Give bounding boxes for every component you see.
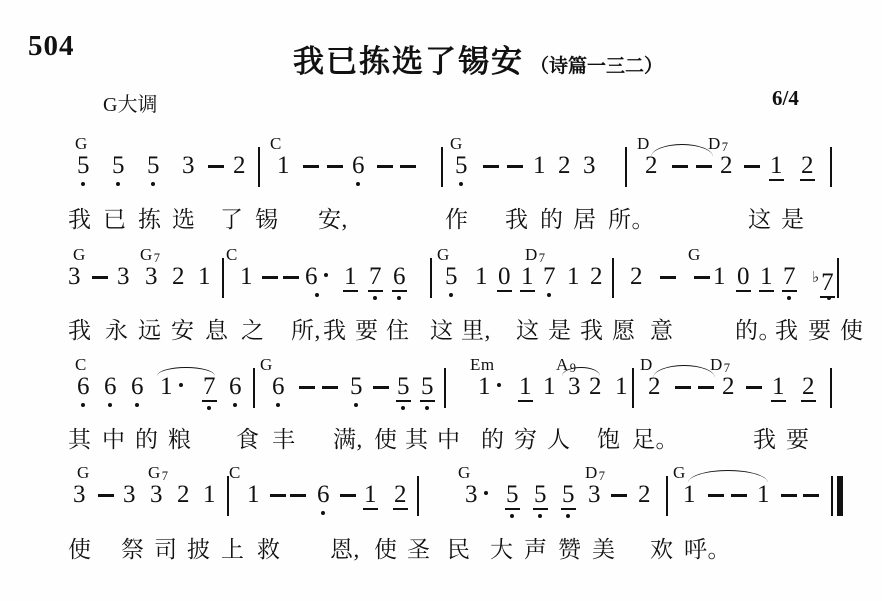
note-token: 2	[558, 153, 571, 179]
lyric-syllable: 恩,	[330, 531, 360, 564]
duration-dash	[373, 386, 389, 389]
duration-dash	[675, 386, 691, 389]
duration-dash	[696, 165, 712, 168]
note-token: 1	[771, 374, 786, 400]
chord-label: Em	[470, 355, 495, 375]
note-token: 1	[240, 264, 253, 290]
note-token: 2	[233, 153, 246, 179]
note-token: 3	[588, 482, 601, 508]
duration-dash	[672, 165, 688, 168]
lyric-syllable: 使	[374, 531, 398, 564]
note-token: 2	[590, 264, 603, 290]
note-token: 5	[420, 374, 435, 400]
note-token: 1	[277, 153, 290, 179]
note-token: 2	[800, 153, 815, 179]
duration-dash	[303, 165, 319, 168]
chord-label: D	[640, 355, 653, 375]
barline	[441, 147, 443, 187]
lyric-syllable: 要	[786, 421, 810, 454]
chord-label: G	[77, 463, 90, 483]
barline	[625, 147, 627, 187]
chord-label: G7	[148, 463, 168, 483]
lyric-syllable: 我	[580, 312, 604, 345]
lyric-syllable: 拣	[138, 201, 162, 234]
lyric-syllable: 使	[68, 531, 92, 564]
lyric-syllable: 息	[205, 312, 229, 345]
slur-arc	[688, 470, 768, 483]
barline	[612, 258, 614, 298]
barline	[632, 368, 634, 408]
lyric-syllable: 使	[840, 312, 864, 345]
lyric-syllable: 的	[540, 201, 564, 234]
barline	[253, 368, 255, 408]
note-token: 1	[615, 374, 628, 400]
time-signature: 6/4	[772, 86, 799, 111]
note-token: 1	[757, 482, 770, 508]
note-token: 2	[172, 264, 185, 290]
page-number: 504	[28, 30, 75, 63]
duration-dash	[322, 386, 338, 389]
lyric-syllable: 赞	[558, 531, 582, 564]
lyric-syllable: 美	[592, 531, 616, 564]
lyric-syllable: 人	[547, 421, 571, 454]
chord-label: G7	[140, 245, 160, 265]
note-token: 1	[198, 264, 211, 290]
chord-label: C	[226, 245, 238, 265]
note-token: 0	[736, 264, 751, 290]
lyric-syllable: 丰	[272, 421, 296, 454]
final-barline	[837, 476, 843, 516]
lyric-syllable: 选	[172, 201, 196, 234]
note-token: 1	[203, 482, 216, 508]
lyric-syllable: 食	[236, 421, 260, 454]
note-token: 6	[77, 374, 90, 400]
note-token: 1	[343, 264, 358, 290]
lyric-syllable: 这	[748, 201, 772, 234]
note-token: 3	[123, 482, 136, 508]
note-token: 6	[305, 264, 328, 290]
note-token: 6	[104, 374, 117, 400]
lyric-syllable: 其	[68, 421, 92, 454]
lyric-syllable: 远	[138, 312, 162, 345]
chord-label: D7	[710, 355, 730, 375]
lyric-syllable: 上	[221, 531, 245, 564]
note-token: 3	[182, 153, 195, 179]
lyric-syllable: 意	[650, 312, 674, 345]
lyric-syllable: 圣	[407, 531, 431, 564]
barline	[222, 258, 224, 298]
note-token: 1	[683, 482, 696, 508]
note-token: 5	[147, 153, 160, 179]
note-token: 1	[713, 264, 726, 290]
lyric-syllable: 中	[102, 421, 126, 454]
chord-label: D	[637, 134, 650, 154]
duration-dash	[377, 165, 393, 168]
slur-arc	[651, 144, 713, 157]
note-token: 2	[720, 153, 733, 179]
lyric-syllable: 所。	[608, 201, 655, 234]
note-token: 1	[475, 264, 488, 290]
note-token: 2	[648, 374, 661, 400]
lyric-syllable: 的	[135, 421, 159, 454]
lyric-syllable: 司	[154, 531, 178, 564]
lyric-syllable: 我	[323, 312, 347, 345]
slur-arc	[653, 365, 715, 378]
note-token: 3	[68, 264, 81, 290]
duration-dash	[270, 494, 286, 497]
song-title: 我已拣选了锡安	[293, 36, 524, 81]
lyric-syllable: 要	[808, 312, 832, 345]
note-token: 6	[131, 374, 144, 400]
barline	[417, 476, 419, 516]
note-token: 2	[589, 374, 602, 400]
lyric-syllable: 粮	[168, 421, 192, 454]
note-token: 2	[177, 482, 190, 508]
note-token: 3	[568, 374, 581, 400]
barline	[837, 258, 839, 298]
duration-dash	[299, 386, 315, 389]
lyric-syllable: 安	[171, 312, 195, 345]
note-token: 6	[392, 264, 407, 290]
note-token: 1	[543, 374, 556, 400]
chord-label: D7	[525, 245, 545, 265]
lyric-syllable: 大	[490, 531, 514, 564]
lyric-syllable: 安,	[318, 201, 348, 234]
lyric-syllable: 是	[548, 312, 572, 345]
chord-label: C	[270, 134, 282, 154]
lyric-syllable: 是	[781, 201, 805, 234]
note-token: 1	[567, 264, 580, 290]
note-token: 7	[543, 264, 556, 290]
duration-dash	[92, 276, 108, 279]
note-token: 2	[645, 153, 658, 179]
barline	[830, 368, 832, 408]
lyric-syllable: 满,	[333, 421, 363, 454]
note-token: 6	[352, 153, 365, 179]
note-token: 3	[117, 264, 130, 290]
note-token: 1	[518, 374, 533, 400]
lyric-syllable: 已	[103, 201, 127, 234]
chord-label: G	[450, 134, 463, 154]
scripture-reference: （诗篇一三二）	[530, 51, 663, 78]
duration-dash	[660, 276, 676, 279]
note-token: 0	[497, 264, 512, 290]
chord-label: G	[688, 245, 701, 265]
note-token: 1	[520, 264, 535, 290]
lyric-syllable: 足。	[632, 421, 679, 454]
lyric-syllable: 这	[430, 312, 454, 345]
note-token: 5	[505, 482, 520, 508]
lyric-syllable: 了	[220, 201, 244, 234]
chord-label: C	[229, 463, 241, 483]
lyric-syllable: 的	[481, 421, 505, 454]
lyric-syllable: 这	[516, 312, 540, 345]
duration-dash	[746, 386, 762, 389]
lyric-syllable: 我	[775, 312, 799, 345]
note-token: 1	[769, 153, 784, 179]
final-barline	[831, 476, 833, 516]
note-token: 5	[445, 264, 458, 290]
note-token: 3	[150, 482, 163, 508]
lyric-syllable: 作	[445, 201, 469, 234]
lyric-syllable: 锡	[255, 201, 279, 234]
duration-dash	[400, 165, 416, 168]
chord-label: D7	[708, 134, 728, 154]
duration-dash	[290, 494, 306, 497]
duration-dash	[694, 276, 710, 279]
lyric-syllable: 居	[573, 201, 597, 234]
barline	[830, 147, 832, 187]
note-token: 5	[77, 153, 90, 179]
lyric-syllable: 声	[524, 531, 548, 564]
note-token: 3	[465, 482, 488, 508]
lyric-syllable: 呼。	[684, 531, 731, 564]
duration-dash	[744, 165, 760, 168]
note-token: 7	[368, 264, 383, 290]
lyric-syllable: 之	[241, 312, 265, 345]
lyric-syllable: 穷	[514, 421, 538, 454]
duration-dash	[283, 276, 299, 279]
note-token: 7	[782, 264, 797, 290]
lyric-syllable: 救	[257, 531, 281, 564]
chord-label: G	[260, 355, 273, 375]
lyric-syllable: 我	[68, 312, 92, 345]
duration-dash	[731, 494, 747, 497]
lyric-syllable: 我	[505, 201, 529, 234]
note-token: 1	[759, 264, 774, 290]
note-token: 5	[350, 374, 363, 400]
duration-dash	[262, 276, 278, 279]
barline	[227, 476, 229, 516]
lyric-syllable: 住	[386, 312, 410, 345]
chord-label: D7	[585, 463, 605, 483]
note-token: 5	[112, 153, 125, 179]
note-token: 6	[317, 482, 330, 508]
note-token: 2	[722, 374, 735, 400]
note-token: 2	[630, 264, 643, 290]
duration-dash	[698, 386, 714, 389]
lyric-syllable: 欢	[650, 531, 674, 564]
duration-dash	[781, 494, 797, 497]
lyric-syllable: 我	[753, 421, 777, 454]
lyric-syllable: 中	[437, 421, 461, 454]
lyric-syllable: 使	[374, 421, 398, 454]
duration-dash	[208, 165, 224, 168]
chord-label: G	[458, 463, 471, 483]
note-token: 3	[73, 482, 86, 508]
lyric-syllable: 祭	[121, 531, 145, 564]
note-token: 5	[396, 374, 411, 400]
lyric-syllable: 其	[405, 421, 429, 454]
duration-dash	[98, 494, 114, 497]
note-token: ♭7	[812, 264, 835, 290]
note-token: 5	[533, 482, 548, 508]
lyric-syllable: 饱	[597, 421, 621, 454]
sheet-music-page: 504 我已拣选了锡安 （诗篇一三二） G大调 6/4 GCGDD7555321…	[0, 0, 882, 601]
lyric-syllable: 民	[447, 531, 471, 564]
title-row: 我已拣选了锡安 （诗篇一三二）	[293, 36, 663, 81]
note-token: 2	[393, 482, 408, 508]
chord-label: G	[673, 463, 686, 483]
note-token: 2	[638, 482, 651, 508]
duration-dash	[507, 165, 523, 168]
lyric-syllable: 永	[105, 312, 129, 345]
barline	[444, 368, 446, 408]
duration-dash	[483, 165, 499, 168]
note-token: 1	[160, 374, 183, 400]
note-token: 3	[583, 153, 596, 179]
duration-dash	[803, 494, 819, 497]
note-token: 6	[229, 374, 242, 400]
lyric-syllable: 愿	[612, 312, 636, 345]
lyric-syllable: 所,	[291, 312, 321, 345]
lyric-syllable: 要	[355, 312, 379, 345]
note-token: 1	[533, 153, 546, 179]
barline	[430, 258, 432, 298]
note-token: 5	[561, 482, 576, 508]
note-token: 1	[247, 482, 260, 508]
duration-dash	[327, 165, 343, 168]
chord-label: G	[437, 245, 450, 265]
chord-label: G	[75, 134, 88, 154]
note-token: 7	[202, 374, 217, 400]
note-token: 5	[455, 153, 468, 179]
barline	[666, 476, 668, 516]
note-token: 6	[272, 374, 285, 400]
chord-label: G	[73, 245, 86, 265]
note-token: 1	[478, 374, 501, 400]
lyric-syllable: 里,	[461, 312, 491, 345]
barline	[258, 147, 260, 187]
note-token: 3	[145, 264, 158, 290]
lyric-syllable: 披	[187, 531, 211, 564]
lyric-syllable: 我	[68, 201, 92, 234]
duration-dash	[708, 494, 724, 497]
duration-dash	[340, 494, 356, 497]
duration-dash	[611, 494, 627, 497]
note-token: 1	[363, 482, 378, 508]
note-token: 2	[801, 374, 816, 400]
chord-label: C	[75, 355, 87, 375]
key-signature: G大调	[103, 88, 157, 117]
